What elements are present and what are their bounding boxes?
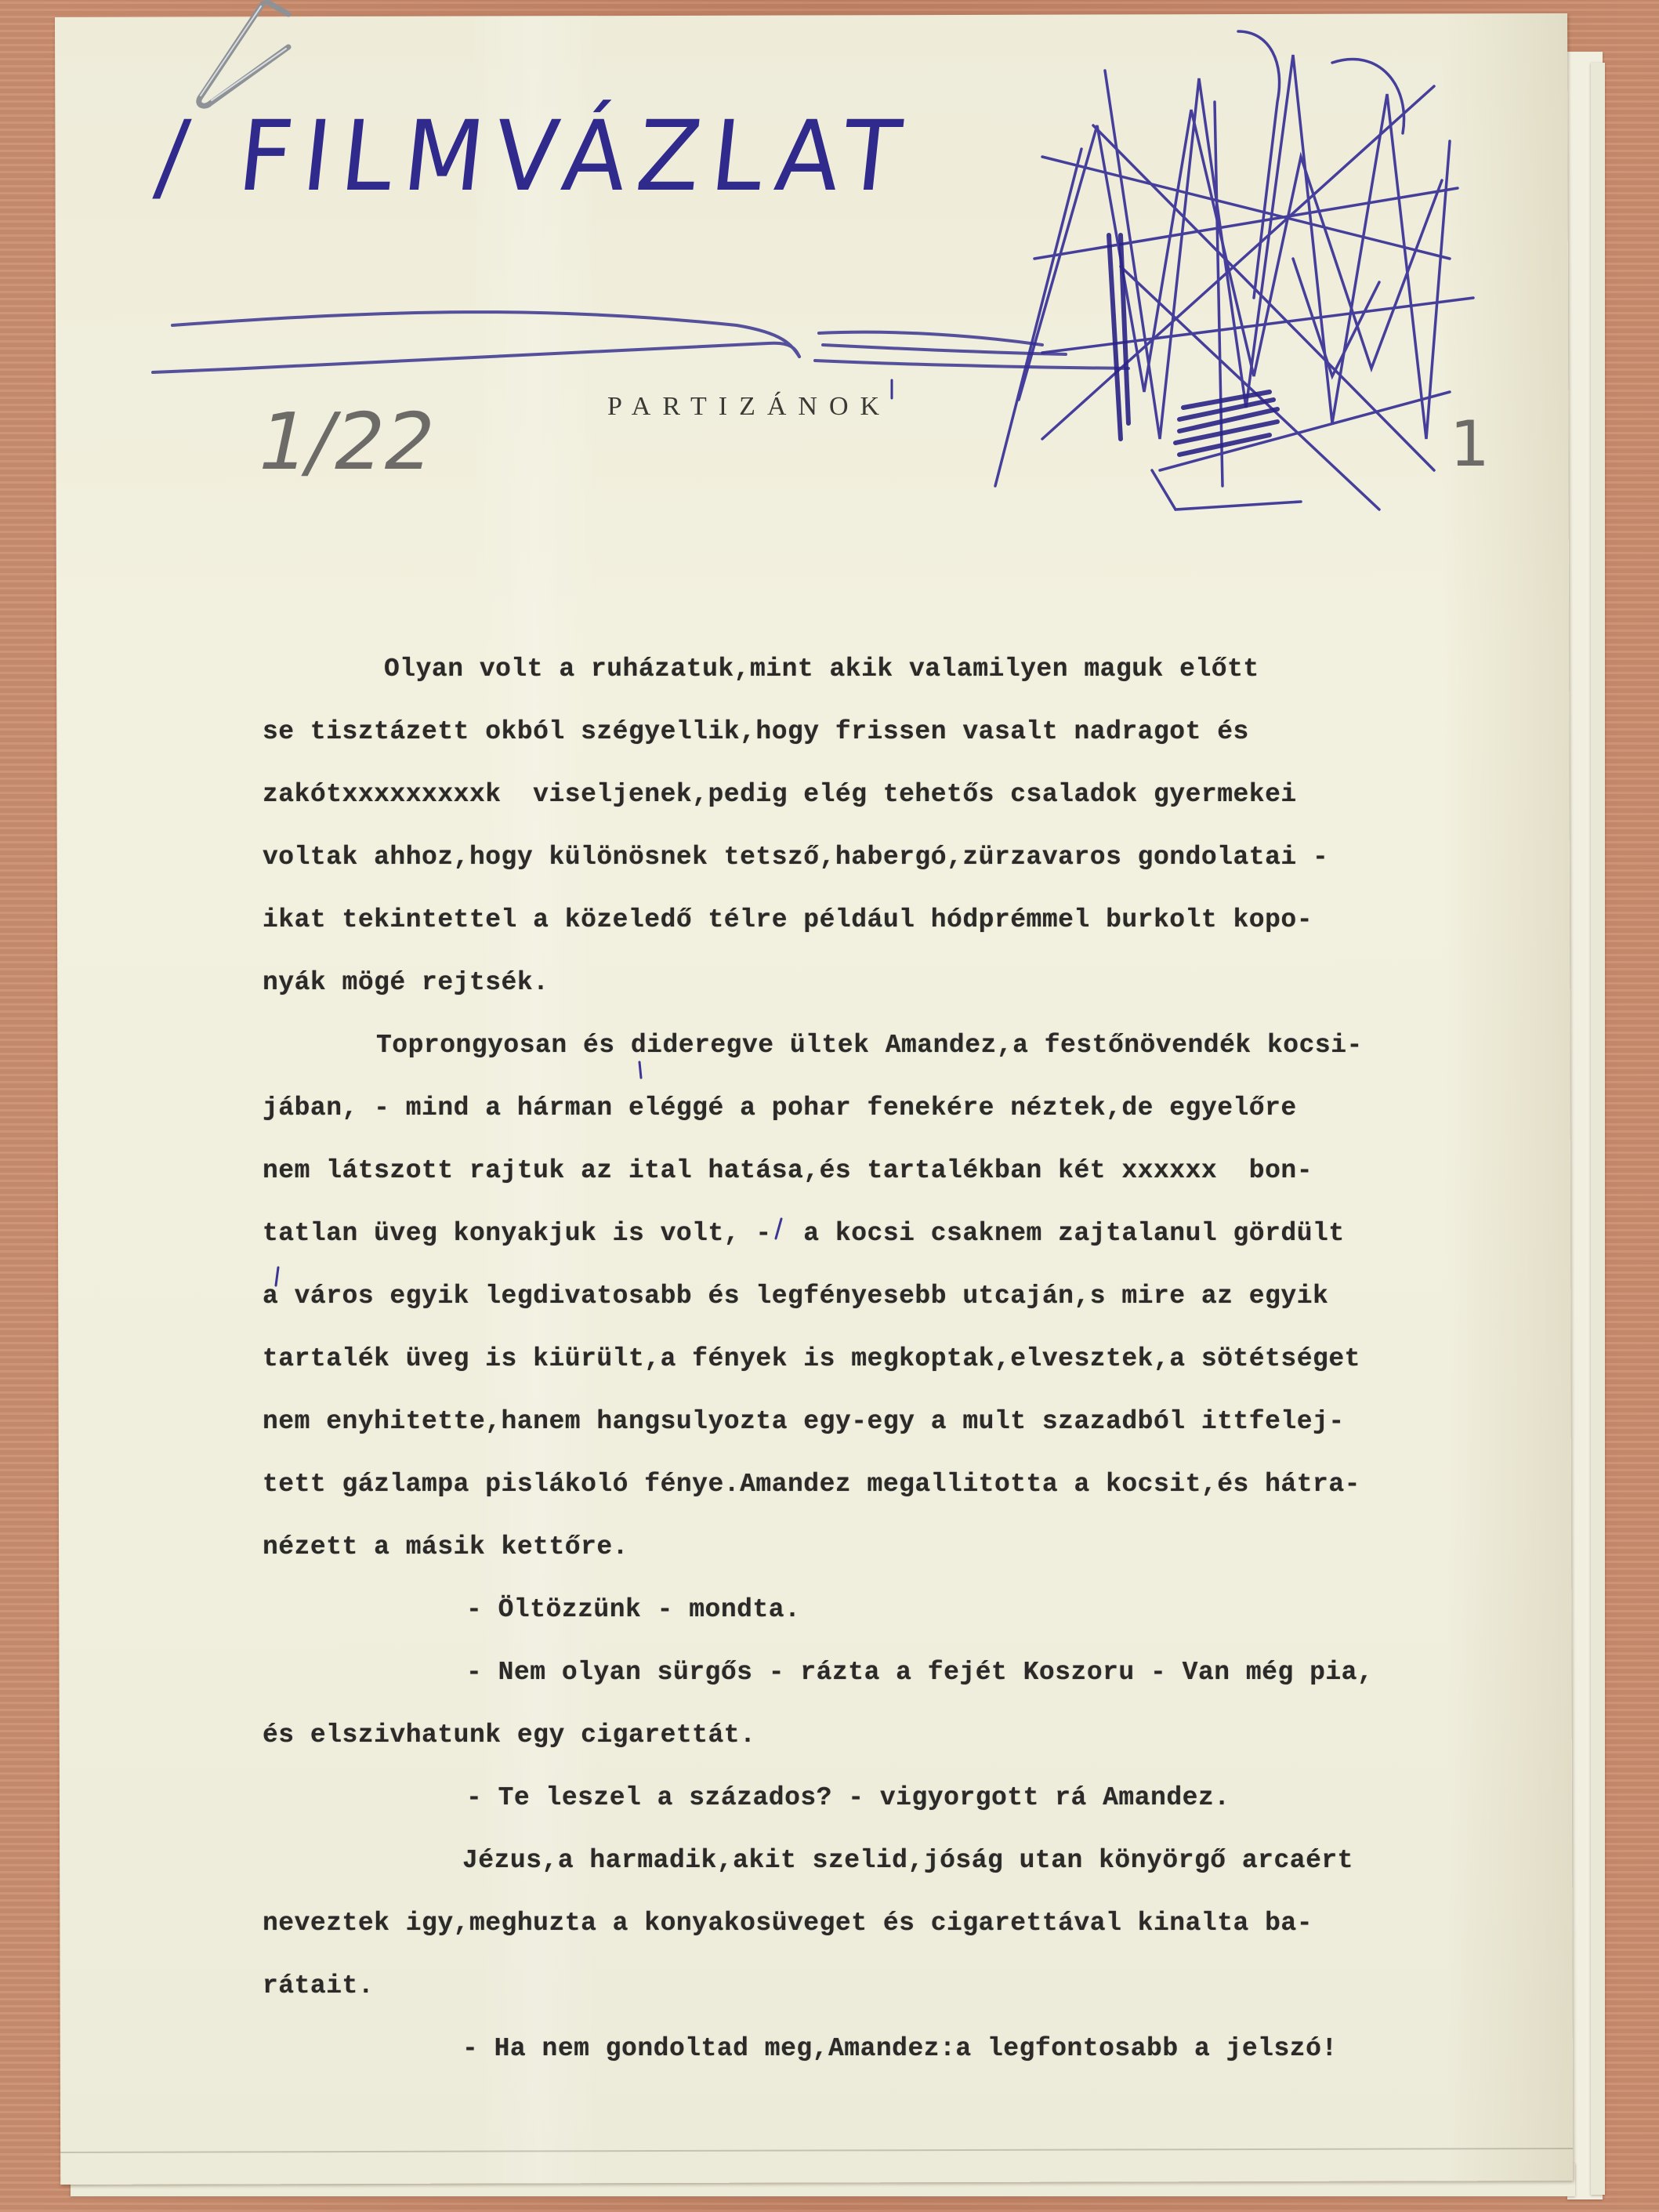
text-line: Jézus,a harmadik,akit szelid,jóság utan … <box>462 1846 1353 1875</box>
text-line: és elszivhatunk egy cigarettát. <box>263 1721 755 1750</box>
text-line: tatlan üveg konyakjuk is volt, - a kocsi… <box>263 1219 1345 1248</box>
text-line: nem látszott rajtuk az ital hatása,és ta… <box>263 1156 1313 1185</box>
text-line: tett gázlampa pislákoló fénye.Amandez me… <box>263 1470 1360 1499</box>
edge-shade <box>1442 13 1573 2181</box>
text-line: rátait. <box>263 1971 374 2000</box>
text-line: Olyan volt a ruházatuk,mint akik valamil… <box>384 655 1259 684</box>
text-line: a város egyik legdivatosabb és legfényes… <box>263 1282 1328 1311</box>
page-fraction: 1/22 <box>249 396 444 488</box>
paperclip-icon <box>0 0 329 125</box>
text-line: Toprongyosan és dideregve ültek Amandez,… <box>376 1031 1363 1060</box>
text-line: nem enyhitette,hanem hangsulyozta egy-eg… <box>263 1407 1345 1436</box>
text-line: jában, - mind a hárman eléggé a pohar fe… <box>263 1093 1297 1122</box>
under-sheet-right-2 <box>1591 63 1605 2195</box>
text-line: neveztek igy,meghuzta a konyakosüveget é… <box>263 1909 1313 1938</box>
text-line: nézett a másik kettőre. <box>263 1532 628 1561</box>
text-line: se tisztázett okból szégyellik,hogy fris… <box>263 717 1249 746</box>
dialog-line: - Ha nem gondoltad meg,Amandez:a legfont… <box>462 2034 1338 2063</box>
page-number: 1 <box>1450 408 1490 480</box>
text-line: ikat tekintettel a közeledő télre példáu… <box>263 905 1313 934</box>
text-line: nyák mögé rejtsék. <box>263 968 549 997</box>
text-line: zakótxxxxxxxxxk viseljenek,pedig elég te… <box>263 780 1297 809</box>
dialog-line: - Öltözzünk - mondta. <box>466 1595 800 1624</box>
dialog-line: - Nem olyan sürgős - rázta a fejét Koszo… <box>466 1658 1373 1687</box>
text-line: voltak ahhoz,hogy különösnek tetsző,habe… <box>263 843 1328 872</box>
text-line: tartalék üveg is kiürült,a fények is meg… <box>263 1344 1360 1373</box>
dialog-line: - Te leszel a százados? - vigyorgott rá … <box>466 1783 1230 1812</box>
document-title: PARTIZÁNOK <box>607 392 891 422</box>
